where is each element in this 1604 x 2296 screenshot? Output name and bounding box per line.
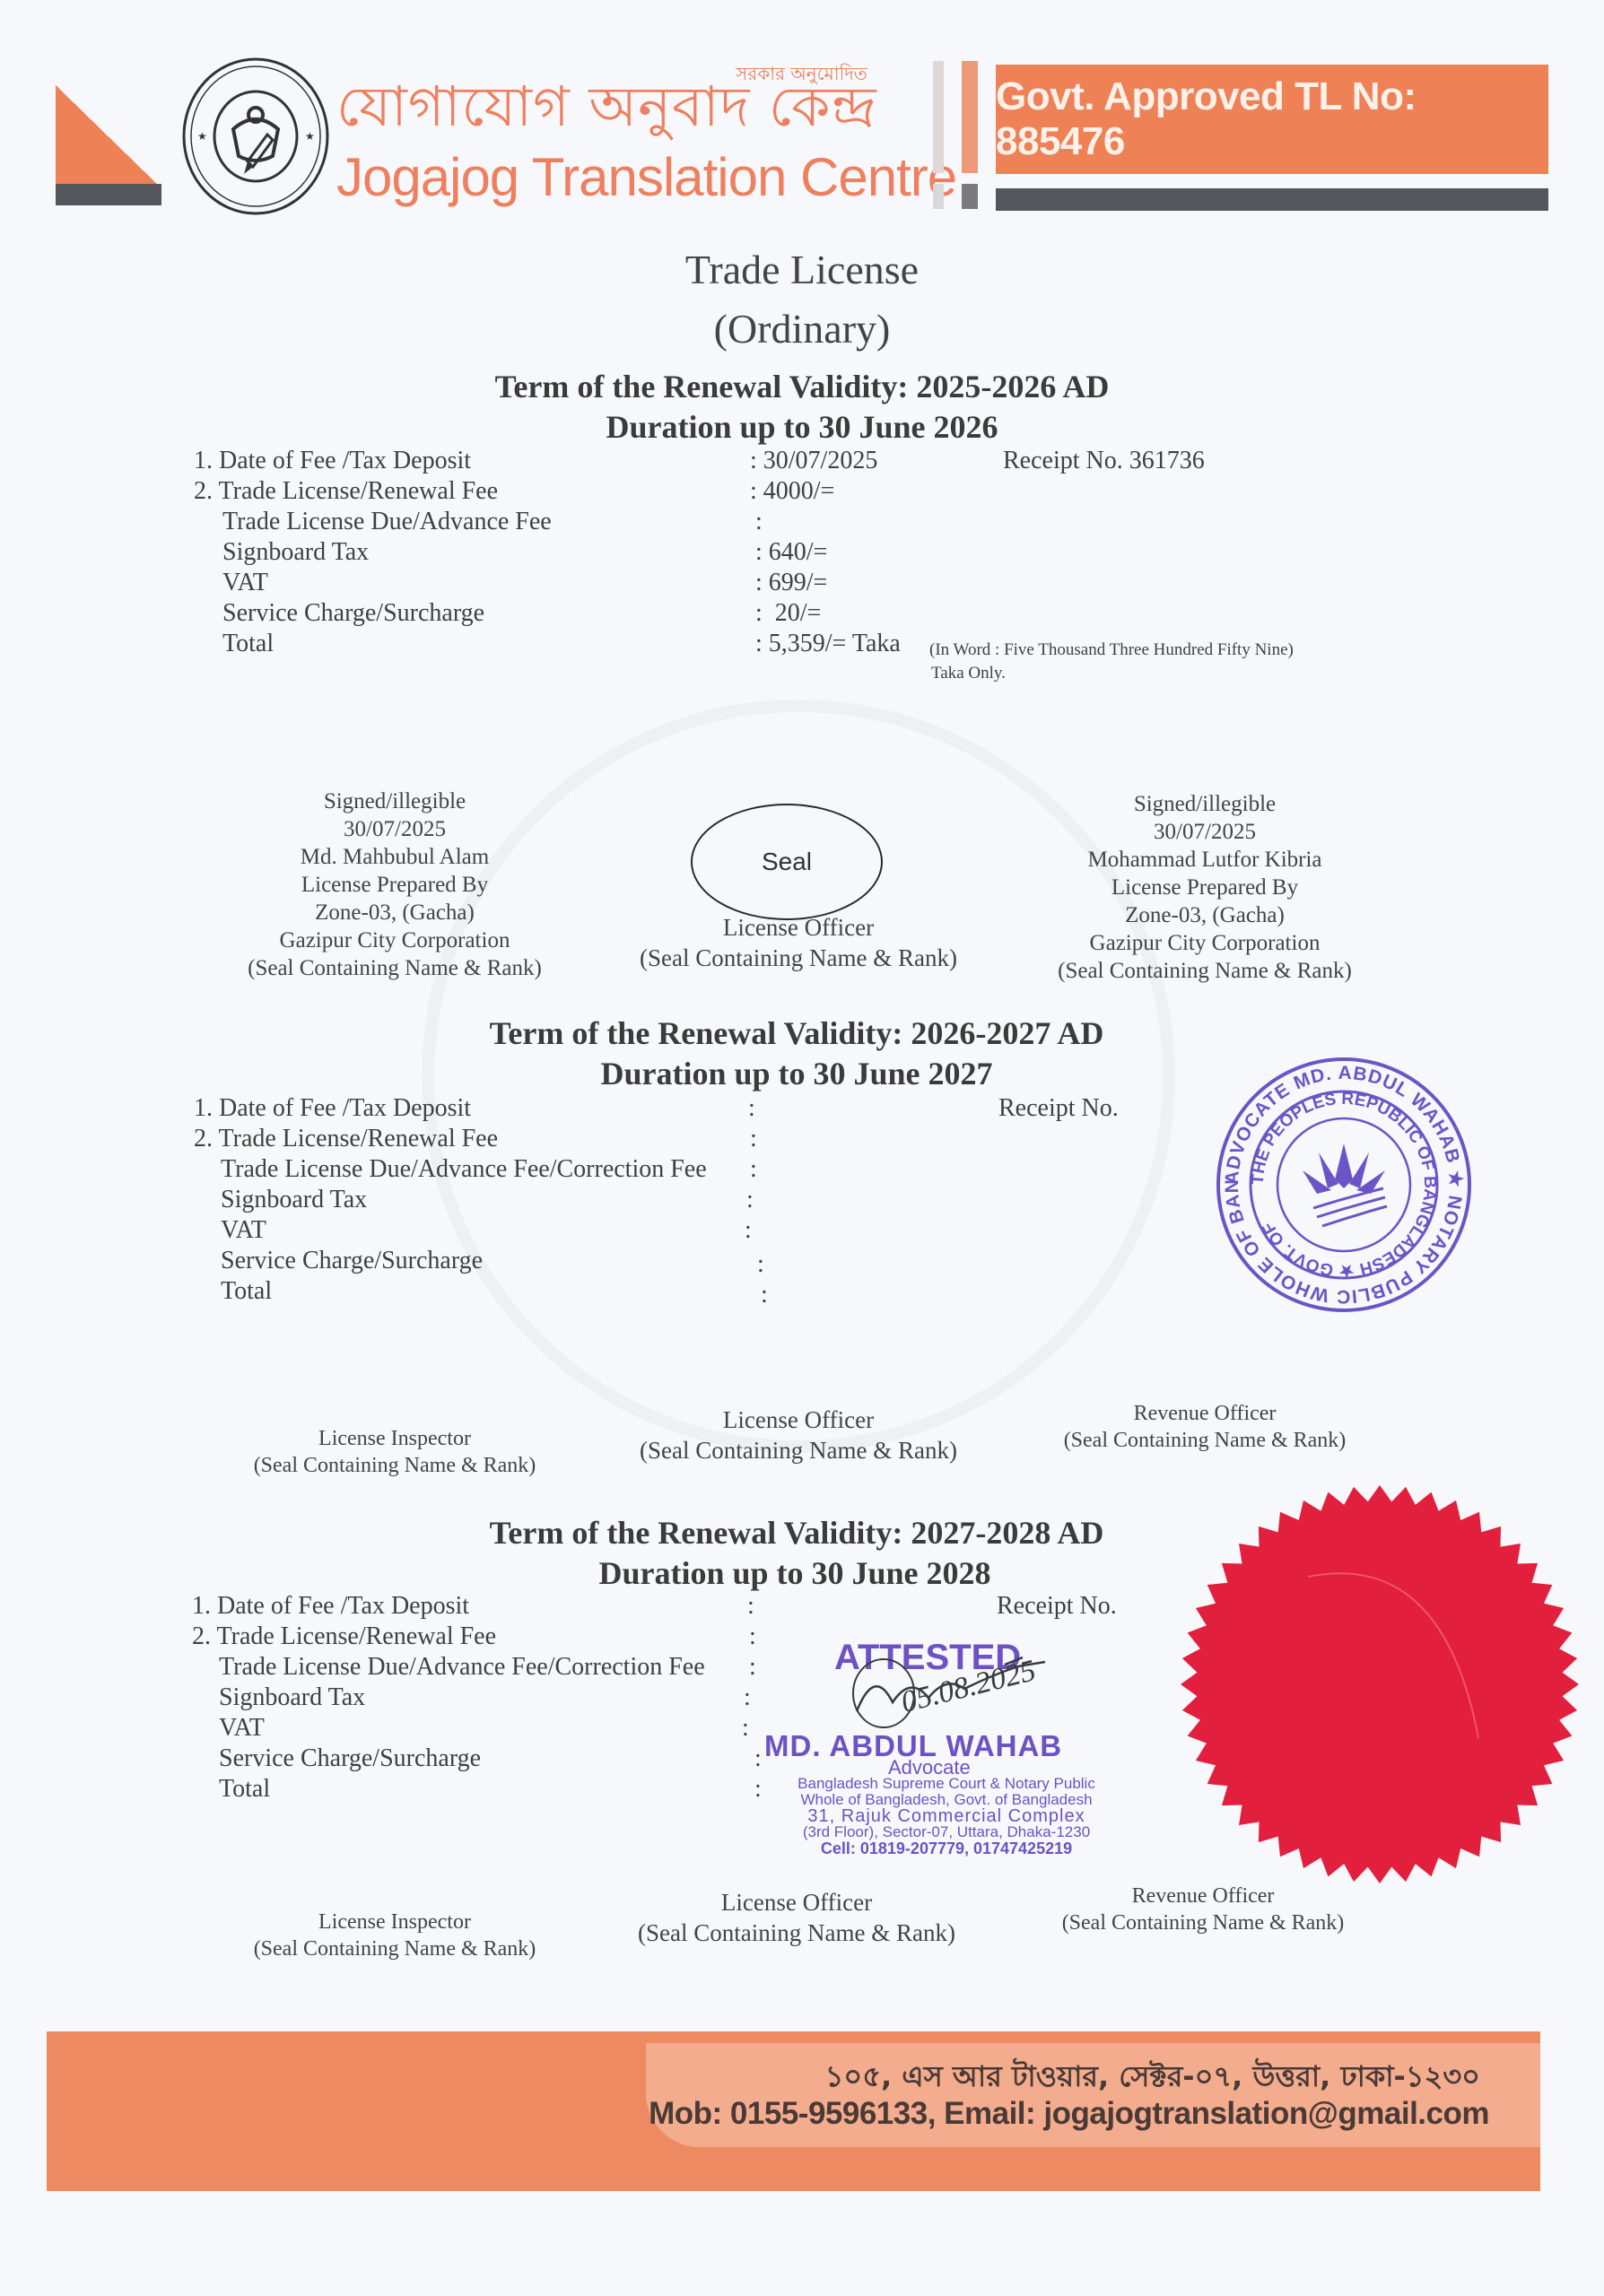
sig-line: Signed/illegible xyxy=(1025,790,1384,818)
sig-line: Mohammad Lutfor Kibria xyxy=(1025,846,1384,874)
signature-block-left: License Inspector (Seal Containing Name … xyxy=(215,1425,574,1479)
seal-placeholder: Seal xyxy=(691,804,883,920)
fee-value: : xyxy=(750,1157,757,1182)
sig-line: License Officer xyxy=(619,1405,978,1435)
fee-label: 2. Trade License/Renewal Fee xyxy=(194,1126,498,1152)
sig-line: License Prepared By xyxy=(1025,874,1384,901)
notary-stamp: ADVOCATE MD. ABDUL WAHAB ★ NOTARY PUBLIC… xyxy=(1213,1054,1475,1316)
fee-value: : 30/07/2025 xyxy=(750,448,877,474)
header-divider xyxy=(933,184,944,209)
fee-value: : xyxy=(744,1685,751,1710)
sig-line: License Inspector xyxy=(215,1909,574,1935)
attestor-line: 31, Rajuk Commercial Complex xyxy=(767,1808,1126,1824)
footer-address: ১০৫, এস আর টাওয়ার, সেক্টর-০৭, উত্তরা, ঢ… xyxy=(646,2054,1480,2102)
fee-label: Service Charge/Surcharge xyxy=(222,601,484,626)
receipt-number: Receipt No. xyxy=(998,1096,1119,1121)
sig-line: Md. Mahbubul Alam xyxy=(215,843,574,871)
fee-label: VAT xyxy=(219,1716,265,1741)
sig-line: License Officer xyxy=(617,1887,976,1918)
fee-label: 2. Trade License/Renewal Fee xyxy=(192,1624,496,1649)
sig-line: License Officer xyxy=(619,912,978,943)
sig-line: Zone-03, (Gacha) xyxy=(1025,901,1384,929)
fee-label: VAT xyxy=(222,570,268,596)
fee-label: Total xyxy=(219,1777,270,1802)
fee-label: 2. Trade License/Renewal Fee xyxy=(194,479,498,504)
translation-centre-seal-icon: ★ ★ xyxy=(179,56,332,217)
fee-value: : xyxy=(761,1283,768,1308)
fee-value: : xyxy=(755,509,763,535)
sig-line: Signed/illegible xyxy=(215,787,574,815)
fee-label: 1. Date of Fee /Tax Deposit xyxy=(194,1096,471,1121)
fee-value: : xyxy=(749,1655,756,1680)
sig-line: (Seal Containing Name & Rank) xyxy=(619,1435,978,1465)
signature-block-left: License Inspector (Seal Containing Name … xyxy=(215,1909,574,1962)
sig-line: (Seal Containing Name & Rank) xyxy=(1025,957,1384,985)
fee-value: : xyxy=(746,1187,754,1213)
attestor-line: Bangladesh Supreme Court & Notary Public xyxy=(767,1776,1126,1792)
header-divider xyxy=(962,61,978,173)
document-title: Trade License xyxy=(0,246,1604,293)
fee-label: Trade License Due/Advance Fee xyxy=(222,509,552,535)
sig-line: (Seal Containing Name & Rank) xyxy=(215,1935,574,1962)
fee-label: Service Charge/Surcharge xyxy=(219,1746,481,1771)
receipt-number: Receipt No. 361736 xyxy=(1003,448,1205,474)
fee-value: : 4000/= xyxy=(750,479,834,504)
fee-label: Signboard Tax xyxy=(221,1187,367,1213)
fee-value: : xyxy=(750,1126,757,1152)
fee-label: VAT xyxy=(221,1218,266,1243)
sig-line: (Seal Containing Name & Rank) xyxy=(617,1918,976,1948)
sig-line: Gazipur City Corporation xyxy=(215,926,574,954)
header-left-bar xyxy=(56,184,161,205)
term-validity-2: Term of the Renewal Validity: 2026-2027 … xyxy=(0,1014,1599,1052)
sig-line: Revenue Officer xyxy=(1024,1883,1382,1909)
fee-label: Service Charge/Surcharge xyxy=(221,1248,483,1274)
term-duration-3: Duration up to 30 June 2028 xyxy=(0,1554,1597,1592)
fee-value: : xyxy=(747,1594,754,1619)
fee-label: Signboard Tax xyxy=(219,1685,365,1710)
total-in-words-suffix: Taka Only. xyxy=(931,664,1006,683)
attestor-details: Bangladesh Supreme Court & Notary Public… xyxy=(767,1776,1126,1857)
sig-line: Zone-03, (Gacha) xyxy=(215,899,574,926)
header-triangle-decoration xyxy=(56,85,161,188)
fee-label: Trade License Due/Advance Fee/Correction… xyxy=(221,1157,707,1182)
fee-value: : xyxy=(748,1096,755,1121)
fee-label: Trade License Due/Advance Fee/Correction… xyxy=(219,1655,705,1680)
signature-block-center: License Officer (Seal Containing Name & … xyxy=(617,1887,976,1948)
header-divider xyxy=(962,184,978,209)
sig-line: (Seal Containing Name & Rank) xyxy=(215,1452,574,1479)
fee-label: Signboard Tax xyxy=(222,540,369,565)
fee-value: : 699/= xyxy=(755,570,827,596)
term-validity-1: Term of the Renewal Validity: 2025-2026 … xyxy=(0,368,1604,405)
header-divider xyxy=(933,61,944,173)
attestor-line: (3rd Floor), Sector-07, Uttara, Dhaka-12… xyxy=(767,1824,1126,1840)
tl-number-banner: Govt. Approved TL No: 885476 xyxy=(996,65,1548,174)
svg-text:★: ★ xyxy=(305,130,315,143)
signature-block-right: Signed/illegible 30/07/2025 Mohammad Lut… xyxy=(1025,790,1384,985)
fee-label: 1. Date of Fee /Tax Deposit xyxy=(194,448,471,474)
svg-text:★: ★ xyxy=(197,130,207,143)
sig-line: (Seal Containing Name & Rank) xyxy=(619,943,978,973)
fee-value: : xyxy=(742,1716,749,1741)
term-duration-1: Duration up to 30 June 2026 xyxy=(0,408,1604,446)
fee-value: : 5,359/= Taka xyxy=(755,631,901,657)
fee-label: Total xyxy=(222,631,274,657)
fee-value: : xyxy=(754,1746,762,1771)
fee-value: : xyxy=(749,1624,756,1649)
sig-line: License Prepared By xyxy=(215,871,574,899)
sig-line: (Seal Containing Name & Rank) xyxy=(215,954,574,982)
fee-label: Total xyxy=(221,1279,272,1304)
fee-label: 1. Date of Fee /Tax Deposit xyxy=(192,1594,469,1619)
signature-block-center: License Officer (Seal Containing Name & … xyxy=(619,1405,978,1465)
company-name-bengali: যোগাযোগ অনুবাদ কেন্দ্র xyxy=(336,79,877,135)
receipt-number: Receipt No. xyxy=(997,1594,1117,1619)
sig-line: (Seal Containing Name & Rank) xyxy=(1025,1427,1384,1454)
signature-block-center: License Officer (Seal Containing Name & … xyxy=(619,912,978,973)
fee-value: : xyxy=(754,1777,762,1802)
sig-line: 30/07/2025 xyxy=(1025,818,1384,846)
fee-value: : 20/= xyxy=(755,601,821,626)
fee-value: : 640/= xyxy=(755,540,827,565)
attestor-line: Cell: 01819-207779, 01747425219 xyxy=(767,1840,1126,1857)
fee-value: : xyxy=(745,1218,752,1243)
fee-value: : xyxy=(757,1252,764,1277)
sig-line: License Inspector xyxy=(215,1425,574,1452)
sig-line: 30/07/2025 xyxy=(215,815,574,843)
document-subtitle: (Ordinary) xyxy=(0,305,1604,352)
sig-line: Revenue Officer xyxy=(1025,1400,1384,1427)
term-validity-3: Term of the Renewal Validity: 2027-2028 … xyxy=(0,1514,1599,1552)
company-name-english: Jogajog Translation Centre xyxy=(336,151,956,204)
footer-contact: Mob: 0155-9596133, Email: jogajogtransla… xyxy=(628,2096,1489,2132)
signature-block-right: Revenue Officer (Seal Containing Name & … xyxy=(1024,1883,1382,1936)
sig-line: Gazipur City Corporation xyxy=(1025,929,1384,957)
signature-block-right: Revenue Officer (Seal Containing Name & … xyxy=(1025,1400,1384,1454)
signature-block-left: Signed/illegible 30/07/2025 Md. Mahbubul… xyxy=(215,787,574,982)
sig-line: (Seal Containing Name & Rank) xyxy=(1024,1909,1382,1936)
header-right-bar xyxy=(996,188,1548,211)
total-in-words: (In Word : Five Thousand Three Hundred F… xyxy=(929,640,1294,660)
